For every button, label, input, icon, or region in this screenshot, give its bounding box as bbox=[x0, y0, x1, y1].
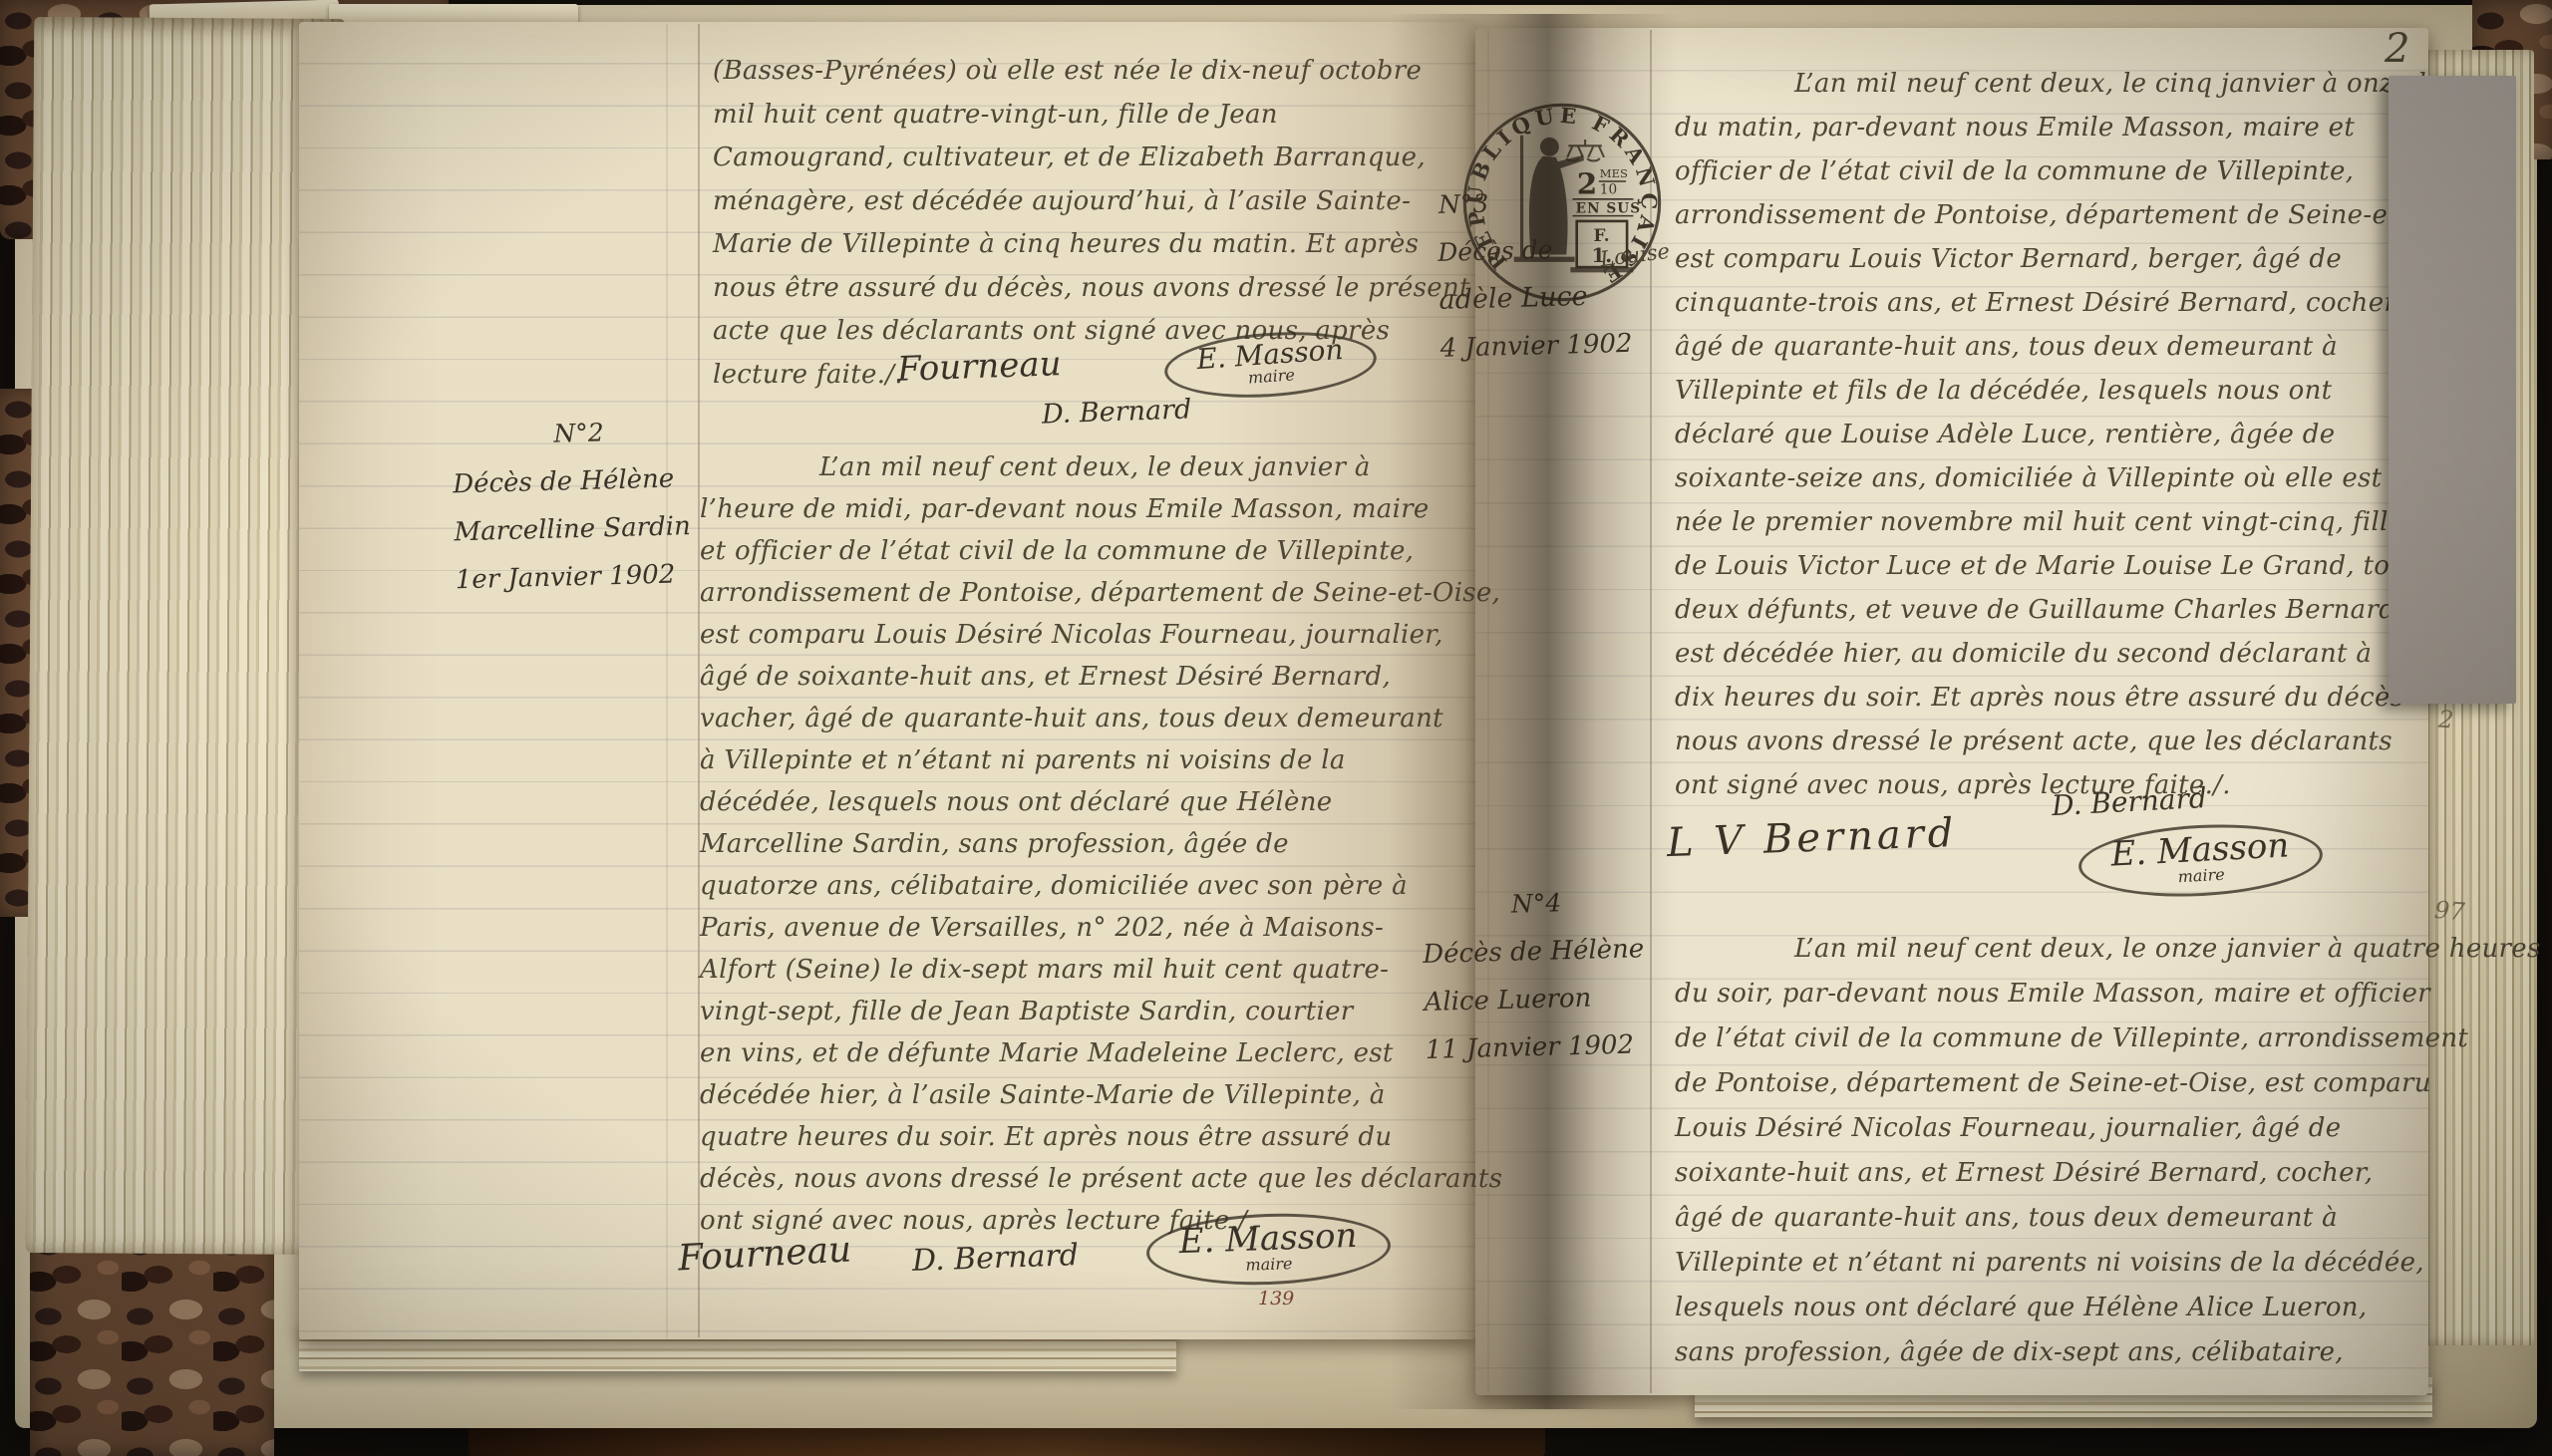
register-line: deux défunts, et veuve de Guillaume Char… bbox=[1675, 588, 2442, 632]
register-line: âgé de quarante-huit ans, tous deux deme… bbox=[1675, 1196, 2447, 1241]
register-line: du soir, par-devant nous Emile Masson, m… bbox=[1675, 972, 2447, 1017]
register-line: Camougrand, cultivateur, et de Elizabeth… bbox=[713, 137, 1475, 180]
register-line: nous avons dressé le présent acte, que l… bbox=[1675, 720, 2442, 763]
margin-note-line: 11 Janvier 1902 bbox=[1425, 1020, 1655, 1074]
register-line: sans profession, âgée de dix-sept ans, c… bbox=[1675, 1330, 2447, 1375]
register-line: mil huit cent quatre-vingt-un, fille de … bbox=[713, 94, 1475, 138]
register-line: décès, nous avons dressé le présent acte… bbox=[700, 1158, 1469, 1200]
margin-note-line: Décès de Hélène bbox=[1423, 925, 1653, 979]
register-line: L’an mil neuf cent deux, le cinq janvier… bbox=[1675, 62, 2442, 106]
register-line: déclaré que Louise Adèle Luce, rentière,… bbox=[1675, 413, 2442, 456]
register-line: cinquante-trois ans, et Ernest Désiré Be… bbox=[1675, 281, 2442, 325]
register-line: vingt-sept, fille de Jean Baptiste Sardi… bbox=[700, 991, 1469, 1032]
register-line: Marcelline Sardin, sans profession, âgée… bbox=[700, 823, 1469, 865]
stamp-value-frac-top: MES bbox=[1600, 166, 1628, 180]
register-line: née le premier novembre mil huit cent vi… bbox=[1675, 500, 2442, 544]
register-line: Marie de Villepinte à cinq heures du mat… bbox=[713, 223, 1475, 267]
register-line: L’an mil neuf cent deux, le onze janvier… bbox=[1675, 927, 2447, 972]
grey-blotter-card bbox=[2389, 76, 2516, 704]
margin-note-act2: N°2 Décès de Hélène Marcelline Sardin 1e… bbox=[452, 416, 711, 605]
register-line: officier de l’état civil de la commune d… bbox=[1675, 149, 2442, 193]
register-line: est décédée hier, au domicile du second … bbox=[1675, 632, 2442, 676]
registrar-annotation: 139 bbox=[1258, 1288, 1294, 1310]
act2-text-block: L’an mil neuf cent deux, le deux janvier… bbox=[700, 446, 1469, 1242]
register-line: décédée hier, à l’asile Sainte-Marie de … bbox=[700, 1074, 1469, 1116]
act-number: N°2 bbox=[452, 416, 707, 451]
register-line: dix heures du soir. Et après nous être a… bbox=[1675, 676, 2442, 720]
fore-edge-writing-fragment: 97 bbox=[2433, 896, 2465, 926]
register-line: est comparu Louis Victor Bernard, berger… bbox=[1675, 237, 2442, 281]
register-line: à Villepinte et n’étant ni parents ni vo… bbox=[700, 739, 1469, 781]
register-scan: (Basses-Pyrénées) où elle est née le dix… bbox=[0, 0, 2552, 1456]
act-number: N°4 bbox=[1422, 886, 1652, 921]
margin-note-line: Alice Lueron bbox=[1424, 973, 1654, 1026]
register-line: Louis Désiré Nicolas Fourneau, journalie… bbox=[1675, 1106, 2447, 1151]
register-line: âgé de quarante-huit ans, tous deux deme… bbox=[1675, 325, 2442, 369]
act4-text-block: L’an mil neuf cent deux, le onze janvier… bbox=[1675, 927, 2447, 1375]
margin-note-line: Décès de Hélène bbox=[453, 454, 708, 509]
signature-declarant: D. Bernard bbox=[1042, 394, 1192, 430]
register-line: Villepinte et n’étant ni parents ni vois… bbox=[1675, 1241, 2447, 1286]
register-line: et officier de l’état civil de la commun… bbox=[700, 530, 1469, 572]
register-line: arrondissement de Pontoise, département … bbox=[700, 572, 1469, 614]
page-stack-left-edge bbox=[26, 17, 346, 1255]
margin-note-act4: N°4 Décès de Hélène Alice Lueron 11 Janv… bbox=[1422, 886, 1656, 1074]
register-line: décédée, lesquels nous ont déclaré que H… bbox=[700, 781, 1469, 823]
margin-note-act3: N°3 Décès de adèle Luce 4 Janvier 1902 bbox=[1436, 184, 1661, 373]
register-line: de l’état civil de la commune de Villepi… bbox=[1675, 1017, 2447, 1061]
register-line: L’an mil neuf cent deux, le deux janvier… bbox=[700, 446, 1469, 488]
register-line: Paris, avenue de Versailles, n° 202, née… bbox=[700, 907, 1469, 949]
margin-note-line: adèle Luce bbox=[1438, 271, 1659, 325]
register-line: soixante-huit ans, et Ernest Désiré Bern… bbox=[1675, 1151, 2447, 1196]
register-line: du matin, par-devant nous Emile Masson, … bbox=[1675, 106, 2442, 149]
register-line: vacher, âgé de quarante-huit ans, tous d… bbox=[700, 698, 1469, 739]
register-line: en vins, et de défunte Marie Madeleine L… bbox=[700, 1032, 1469, 1074]
signature-declarant: Fourneau bbox=[896, 344, 1062, 390]
register-line: Villepinte et fils de la décédée, lesque… bbox=[1675, 369, 2442, 413]
register-line: âgé de soixante-huit ans, et Ernest Dési… bbox=[700, 656, 1469, 698]
register-line: nous être assuré du décès, nous avons dr… bbox=[713, 267, 1475, 311]
register-line: ménagère, est décédée aujourd’hui, à l’a… bbox=[713, 180, 1475, 224]
register-line: quatorze ans, célibataire, domiciliée av… bbox=[700, 865, 1469, 907]
signature-declarant: D. Bernard bbox=[911, 1238, 1079, 1279]
register-line: (Basses-Pyrénées) où elle est née le dix… bbox=[713, 50, 1475, 94]
register-line: de Louis Victor Luce et de Marie Louise … bbox=[1675, 544, 2442, 588]
fore-edge-writing-fragment: 2 bbox=[2437, 706, 2454, 734]
margin-note-line: Marcelline Sardin bbox=[454, 502, 709, 557]
register-line: arrondissement de Pontoise, département … bbox=[1675, 193, 2442, 237]
register-line: soixante-seize ans, domiciliée à Villepi… bbox=[1675, 456, 2442, 500]
register-line: quatre heures du soir. Et après nous êtr… bbox=[700, 1116, 1469, 1158]
register-line: l’heure de midi, par-devant nous Emile M… bbox=[700, 488, 1469, 530]
register-line: lesquels nous ont déclaré que Hélène Ali… bbox=[1675, 1286, 2447, 1330]
register-line: est comparu Louis Désiré Nicolas Fournea… bbox=[700, 614, 1469, 656]
act-number: N°3 bbox=[1436, 184, 1657, 219]
register-line: de Pontoise, département de Seine-et-Ois… bbox=[1675, 1061, 2447, 1106]
margin-note-line: 1er Janvier 1902 bbox=[455, 550, 710, 605]
act3-text-block: L’an mil neuf cent deux, le cinq janvier… bbox=[1675, 62, 2442, 807]
margin-note-line: 4 Janvier 1902 bbox=[1439, 319, 1660, 373]
ruled-margin-line bbox=[666, 24, 668, 1337]
register-line: Alfort (Seine) le dix-sept mars mil huit… bbox=[700, 949, 1469, 991]
